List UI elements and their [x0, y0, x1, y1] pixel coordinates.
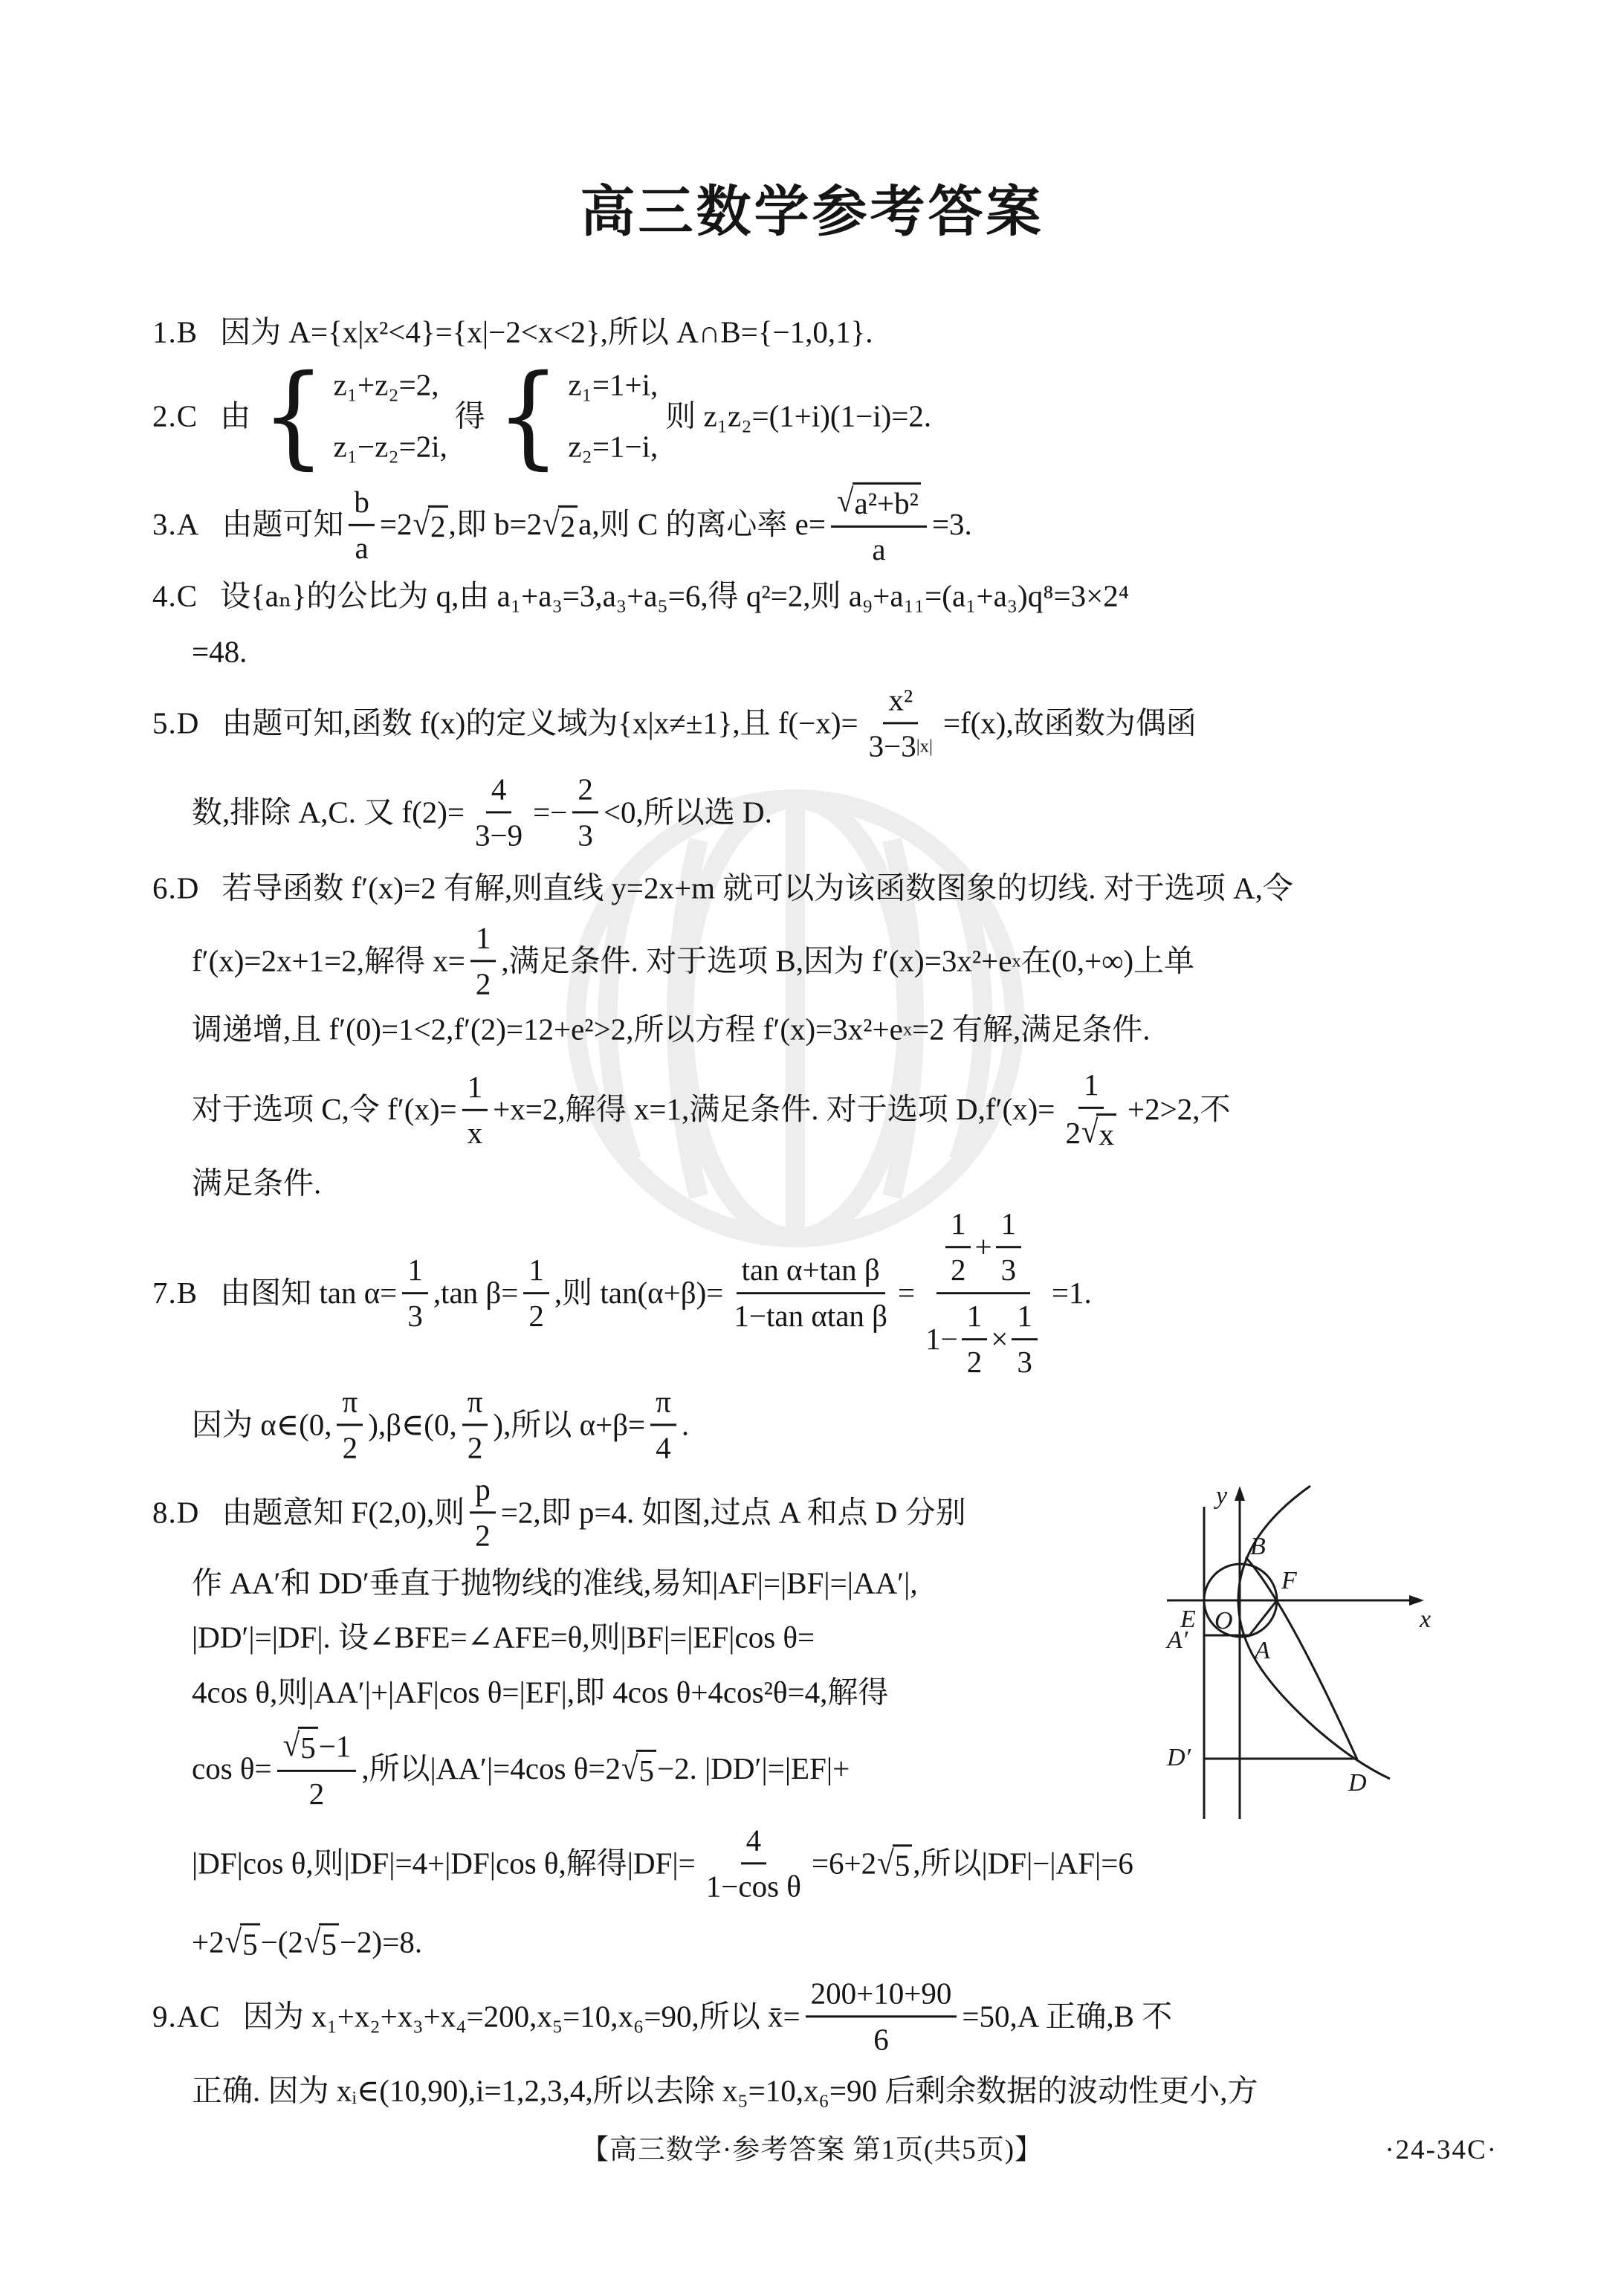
math-text: 设{aₙ}的公比为 q,由 a₁+a₃=3,a₃+a₅=6,得 q²=2,则 a…: [220, 576, 1129, 615]
fraction: √5 −1 2: [277, 1727, 357, 1811]
math-text: 由图知 tan α=: [220, 1273, 397, 1313]
point-label-F: F: [1281, 1567, 1298, 1594]
math-text: a,则 C 的离心率 e=: [578, 505, 826, 544]
radical: √a²+b²: [837, 482, 921, 521]
math-text: ,即 b=2: [449, 505, 543, 544]
math-text: =2 有解,满足条件.: [912, 1009, 1150, 1049]
radical: √5: [877, 1844, 912, 1883]
question-6-continuation: 调递增,且 f′(0)=1<2,f′(2)=12+e²>2,所以方程 f′(x)…: [192, 1009, 1151, 1049]
question-8-continuation: +2 √5 −(2 √5 −2)=8.: [192, 1922, 422, 1962]
page-title: 高三数学参考答案: [0, 184, 1624, 239]
fraction: 43−9: [470, 772, 528, 853]
radical: √2: [543, 505, 578, 544]
math-text: −(2: [261, 1922, 303, 1962]
y-axis-arrow: [1235, 1486, 1245, 1501]
parabola-diagram: y x B F E O A′ A D′ D: [1158, 1483, 1552, 1855]
radical: √5: [283, 1727, 318, 1765]
system-row: z₁=1+i,: [568, 366, 658, 405]
math-text: |DD′|=|DF|. 设∠BFE=∠AFE=θ,则|BF|=|EF|cos θ…: [192, 1617, 815, 1657]
answer-label: 7.B: [152, 1273, 198, 1313]
answer-label: 5.D: [152, 703, 199, 743]
answer-label: 3.A: [152, 505, 199, 544]
math-text: 对于选项 C,令 f′(x)=: [192, 1090, 457, 1129]
nested-fraction: 12 + 13 1− 12 × 13: [920, 1206, 1046, 1380]
math-text: 调递增,且 f′(0)=1<2,f′(2)=12+e²>2,所以方程 f′(x)…: [192, 1009, 903, 1049]
math-text: 则 z₁z₂=(1+i)(1−i)=2.: [665, 396, 931, 436]
left-brace-glyph: {: [262, 369, 326, 464]
math-text: |DF|cos θ,则|DF|=4+|DF|cos θ,解得|DF|=: [192, 1843, 696, 1883]
question-6-continuation: f′(x)=2x+1=2,解得 x= 12 ,满足条件. 对于选项 B,因为 f…: [192, 920, 1194, 1001]
math-text: ),所以 α+β=: [493, 1405, 645, 1444]
math-text: 由题可知: [221, 505, 343, 544]
math-text: ,则 tan(α+β)=: [554, 1273, 723, 1313]
math-text: ,满足条件. 对于选项 B,因为 f′(x)=3x²+e: [501, 941, 1012, 980]
point-label-A-prime: A′: [1165, 1626, 1188, 1654]
radical: √2: [413, 505, 447, 544]
question-1-answer: 1.B 因为 A={x|x²<4}={x|−2<x<2},所以 A∩B={−1,…: [152, 312, 873, 352]
radical: √5: [225, 1923, 260, 1962]
fraction: 41−cos θ: [701, 1823, 806, 1904]
math-text: =2,即 p=4. 如图,过点 A 和点 D 分别: [501, 1493, 966, 1532]
math-text: ,tan β=: [433, 1273, 519, 1313]
system-row: z₂=1−i,: [568, 427, 658, 467]
math-text: 由题可知,函数 f(x)的定义域为{x|x≠±1},且 f(−x)=: [221, 703, 858, 743]
question-9-continuation: 正确. 因为 xᵢ∈(10,90),i=1,2,3,4,所以去除 x₅=10,x…: [192, 2071, 1258, 2110]
math-text: 若导函数 f′(x)=2 有解,则直线 y=2x+m 就可以为该函数图象的切线.…: [221, 868, 1293, 908]
fraction: 1 2√x: [1060, 1067, 1122, 1152]
fraction: ba: [349, 484, 375, 565]
fraction: π2: [462, 1384, 488, 1465]
math-text: 在(0,+∞)上单: [1021, 941, 1194, 980]
question-6-continuation: 满足条件.: [192, 1163, 321, 1203]
fraction: x² 3−3|x|: [864, 682, 938, 763]
question-7-continuation: 因为 α∈(0, π2 ),β∈(0, π2 ),所以 α+β= π4 .: [192, 1384, 689, 1465]
question-3-answer: 3.A 由题可知 ba =2 √2 ,即 b=2 √2 a,则 C 的离心率 e…: [152, 482, 972, 567]
math-text: =6+2: [812, 1843, 876, 1883]
math-text: 因为 α∈(0,: [192, 1405, 331, 1444]
math-text: =1.: [1052, 1273, 1092, 1313]
math-text: =f(x),故函数为偶函: [943, 703, 1197, 743]
math-text: 作 AA′和 DD′垂直于抛物线的准线,易知|AF|=|BF|=|AA′|,: [192, 1563, 918, 1603]
math-text: =50,A 正确,B 不: [962, 1997, 1172, 2036]
equation-system: { z₁=1+i, z₂=1−i,: [493, 366, 658, 468]
question-9-answer: 9.AC 因为 x₁+x₂+x₃+x₄=200,x₅=10,x₆=90,所以 x…: [152, 1976, 1172, 2057]
math-text: +2>2,不: [1128, 1090, 1231, 1129]
footer-page-info: 【高三数学·参考答案 第1页(共5页)】: [0, 2133, 1624, 2168]
point-label-D: D: [1348, 1769, 1367, 1797]
fraction: 1x: [462, 1069, 488, 1150]
fraction: tan α+tan β1−tan αtan β: [728, 1252, 893, 1334]
question-8-continuation: |DF|cos θ,则|DF|=4+|DF|cos θ,解得|DF|= 41−c…: [192, 1823, 1133, 1904]
question-4-continuation: =48.: [192, 632, 247, 671]
question-4-answer: 4.C 设{aₙ}的公比为 q,由 a₁+a₃=3,a₃+a₅=6,得 q²=2…: [152, 576, 1129, 615]
page-footer: 【高三数学·参考答案 第1页(共5页)】 ·24-34C·: [0, 2133, 1624, 2168]
math-text: 得: [455, 396, 485, 436]
math-text: 正确. 因为 xᵢ∈(10,90),i=1,2,3,4,所以去除 x₅=10,x…: [192, 2071, 1258, 2110]
math-text: 因为 A={x|x²<4}={x|−2<x<2},所以 A∩B={−1,0,1}…: [220, 312, 873, 352]
answer-label: 8.D: [152, 1493, 199, 1532]
fraction: π4: [650, 1384, 676, 1465]
math-text: +x=2,解得 x=1,满足条件. 对于选项 D,f′(x)=: [493, 1090, 1055, 1129]
math-text: f′(x)=2x+1=2,解得 x=: [192, 941, 465, 980]
answer-sheet-page: 高三数学参考答案 1.B 因为 A={x|x²<4}={x|−2<x<2},所以…: [0, 0, 1624, 2282]
axis-label-x: x: [1419, 1606, 1431, 1633]
fraction: 12: [523, 1252, 549, 1334]
system-row: z₁+z₂=2,: [334, 366, 447, 405]
math-text: =: [898, 1273, 915, 1313]
question-2-answer: 2.C 由 { z₁+z₂=2, z₁−z₂=2i, 得 { z₁=1+i, z…: [152, 366, 931, 468]
math-text: .: [682, 1405, 689, 1444]
left-brace-glyph: {: [496, 369, 560, 464]
math-text: ,所以|AA′|=4cos θ=2: [361, 1749, 621, 1788]
question-8-continuation: 4cos θ,则|AA′|+|AF|cos θ=|EF|,即 4cos θ+4c…: [192, 1672, 888, 1712]
math-text: −2)=8.: [340, 1922, 422, 1962]
math-text: +2: [192, 1922, 224, 1962]
question-6-continuation: 对于选项 C,令 f′(x)= 1x +x=2,解得 x=1,满足条件. 对于选…: [192, 1067, 1230, 1152]
equation-system: { z₁+z₂=2, z₁−z₂=2i,: [258, 366, 447, 468]
point-label-D-prime: D′: [1166, 1744, 1191, 1771]
math-text: 因为 x₁+x₂+x₃+x₄=200,x₅=10,x₆=90,所以 x̄=: [243, 1997, 800, 2036]
point-label-A: A: [1253, 1637, 1270, 1664]
question-8-continuation: |DD′|=|DF|. 设∠BFE=∠AFE=θ,则|BF|=|EF|cos θ…: [192, 1617, 815, 1657]
math-text: =3.: [932, 505, 972, 544]
math-text: ,所以|DF|−|AF|=6: [913, 1843, 1133, 1883]
system-row: z₁−z₂=2i,: [334, 427, 447, 467]
question-5-answer: 5.D 由题可知,函数 f(x)的定义域为{x|x≠±1},且 f(−x)= x…: [152, 682, 1197, 763]
answer-label: 1.B: [152, 312, 198, 352]
question-8-continuation: cos θ= √5 −1 2 ,所以|AA′|=4cos θ=2 √5 −2. …: [192, 1727, 850, 1811]
axis-label-y: y: [1214, 1483, 1228, 1510]
math-text: 由: [220, 396, 250, 436]
question-6-answer: 6.D 若导函数 f′(x)=2 有解,则直线 y=2x+m 就可以为该函数图象…: [152, 868, 1293, 908]
parabola-curve: [1238, 1486, 1390, 1779]
answer-label: 2.C: [152, 396, 198, 436]
math-text: 满足条件.: [192, 1163, 321, 1203]
math-text: =48.: [192, 632, 247, 671]
fraction: π2: [337, 1384, 363, 1465]
math-text: 由题意知 F(2,0),则: [221, 1493, 465, 1532]
fraction: 200+10+906: [806, 1976, 957, 2057]
math-text: −2. |DD′|=|EF|+: [657, 1749, 850, 1788]
fraction: 12: [470, 920, 496, 1001]
fraction: p2: [470, 1472, 496, 1553]
math-text: =−: [533, 792, 567, 832]
question-8-answer: 8.D 由题意知 F(2,0),则 p2 =2,即 p=4. 如图,过点 A 和…: [152, 1472, 966, 1553]
answer-label: 9.AC: [152, 1997, 221, 2036]
math-text: ),β∈(0,: [368, 1405, 457, 1444]
question-5-continuation: 数,排除 A,C. 又 f(2)= 43−9 =− 23 <0,所以选 D.: [192, 772, 772, 853]
answer-label: 4.C: [152, 576, 198, 615]
math-text: 数,排除 A,C. 又 f(2)=: [192, 792, 465, 832]
math-text: 4cos θ,则|AA′|+|AF|cos θ=|EF|,即 4cos θ+4c…: [192, 1672, 888, 1712]
point-label-B: B: [1250, 1533, 1266, 1560]
radical: √x: [1081, 1113, 1116, 1152]
document-content: 高三数学参考答案 1.B 因为 A={x|x²<4}={x|−2<x<2},所以…: [0, 0, 1624, 2282]
fraction: 23: [572, 772, 598, 853]
fraction: 13: [402, 1252, 428, 1334]
answer-label: 6.D: [152, 868, 199, 908]
point-label-O: O: [1214, 1607, 1233, 1635]
fraction: √a²+b² a: [831, 482, 927, 567]
math-text: <0,所以选 D.: [604, 792, 772, 832]
x-axis-arrow: [1409, 1595, 1424, 1606]
footer-paper-code: ·24-34C·: [1385, 2133, 1498, 2168]
math-text: =2: [380, 505, 413, 544]
question-7-answer: 7.B 由图知 tan α= 13 ,tan β= 12 ,则 tan(α+β)…: [152, 1206, 1092, 1380]
radical: √5: [304, 1923, 339, 1962]
math-text: cos θ=: [192, 1749, 272, 1788]
radical: √5: [621, 1750, 656, 1788]
question-8-continuation: 作 AA′和 DD′垂直于抛物线的准线,易知|AF|=|BF|=|AA′|,: [192, 1563, 918, 1603]
